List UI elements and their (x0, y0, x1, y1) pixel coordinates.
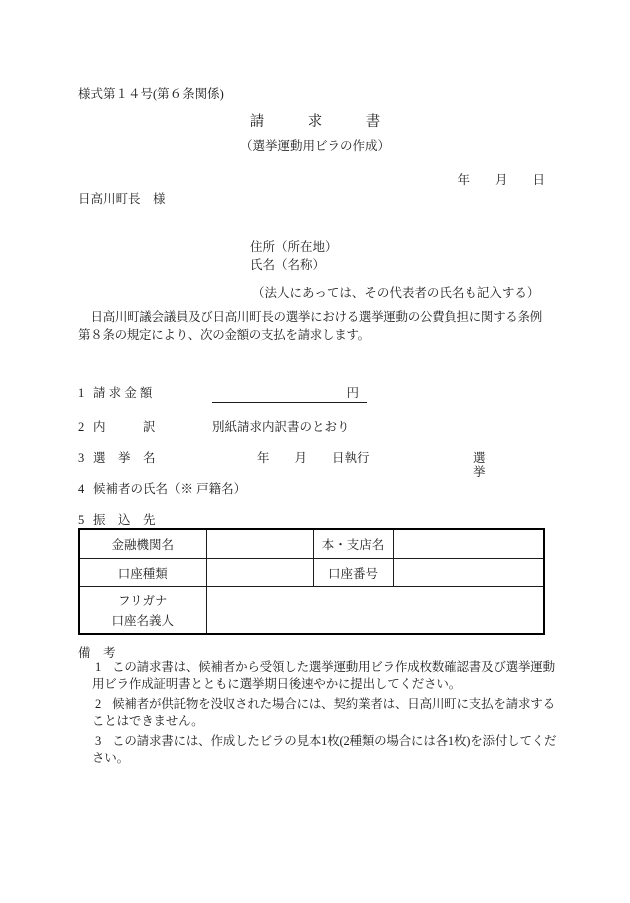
table-row: 金融機関名 本・支店名 (79, 529, 544, 559)
item-number: 4 (78, 482, 93, 496)
account-type-label: 口座種類 (79, 559, 206, 587)
item-row-candidate: 4 候補者の氏名（※ 戸籍名） (78, 482, 370, 496)
account-number-field (393, 559, 544, 587)
date-line: 年 月 日 (0, 170, 545, 188)
branch-field (393, 529, 544, 559)
applicant-name-label: 氏名（名称） (250, 255, 325, 273)
form-number: 様式第１４号(第６条関係) (78, 84, 224, 102)
addressee: 日高川町長 様 (78, 189, 166, 207)
account-number-label: 口座番号 (313, 559, 393, 587)
note-text: この請求書は、候補者から受領した選挙運動用ビラ作成枚数確認書及び選挙運動用ビラ作… (92, 660, 555, 691)
breakdown-value: 別紙請求内訳書のとおり (212, 420, 350, 434)
account-holder-label: 口座名義人 (80, 611, 206, 629)
item-row-amount: 1 請 求 金 額 円 (78, 386, 370, 403)
account-type-field (206, 559, 313, 587)
item-number: 1 (78, 386, 93, 403)
branch-label: 本・支店名 (313, 529, 393, 559)
invoice-form-page: 様式第１４号(第６条関係) 請 求 書 （選挙運動用ビラの作成） 年 月 日 日… (0, 0, 630, 903)
item-row-transfer: 5 振 込 先 (78, 513, 370, 527)
note-number: 2 (95, 697, 101, 711)
request-paragraph: 日高川町議会議員及び日高川町長の選挙における選挙運動の公費負担に関する条例第８条… (78, 309, 550, 344)
bank-transfer-table: 金融機関名 本・支店名 口座種類 口座番号 フリガナ 口座名義人 (78, 528, 545, 635)
note-number: 1 (95, 660, 101, 674)
corporate-note: （法人にあっては、その代表者の氏名も記入する） (252, 283, 539, 301)
item-label: 選 挙 名 (93, 451, 212, 465)
amount-fill-in-blank: 円 (212, 386, 367, 403)
note-item: 2候補者が供託物を没収された場合には、契約業者は、日高川町に支払を請求することは… (92, 696, 558, 729)
note-text: 候補者が供託物を没収された場合には、契約業者は、日高川町に支払を請求することはで… (92, 697, 555, 728)
applicant-address-label: 住所（所在地） (250, 237, 338, 255)
note-text: この請求書には、作成したビラの見本1枚(2種類の場合には各1枚)を添付してくださ… (92, 734, 556, 765)
item-number: 2 (78, 420, 93, 434)
item-row-election: 3 選 挙 名 年 月 日執行 選挙 (78, 451, 370, 465)
item-list: 1 請 求 金 額 円 2 内 訳 別紙請求内訳書のとおり 3 選 挙 名 年 … (78, 386, 370, 527)
item-label: 振 込 先 (93, 513, 212, 527)
table-row: 口座種類 口座番号 (79, 559, 544, 587)
item-label: 請 求 金 額 (93, 386, 212, 403)
note-item: 1この請求書は、候補者から受領した選挙運動用ビラ作成枚数確認書及び選挙運動用ビラ… (92, 659, 558, 692)
election-suffix: 選挙 (473, 451, 486, 479)
page-title: 請 求 書 (0, 110, 630, 131)
item-number: 3 (78, 451, 93, 465)
account-holder-label-cell: フリガナ 口座名義人 (79, 587, 206, 635)
item-label: 内 訳 (93, 420, 212, 434)
bank-name-label: 金融機関名 (79, 529, 206, 559)
election-date-blank: 年 月 日執行 (212, 451, 370, 465)
account-holder-field (206, 587, 544, 635)
bank-name-field (206, 529, 313, 559)
note-item: 3この請求書には、作成したビラの見本1枚(2種類の場合には各1枚)を添付してくだ… (92, 733, 558, 766)
notes-list: 1この請求書は、候補者から受領した選挙運動用ビラ作成枚数確認書及び選挙運動用ビラ… (92, 659, 558, 770)
table-row: フリガナ 口座名義人 (79, 587, 544, 635)
page-subtitle: （選挙運動用ビラの作成） (0, 136, 630, 154)
item-label: 候補者の氏名（※ 戸籍名） (93, 482, 246, 496)
item-number: 5 (78, 513, 93, 527)
furigana-label: フリガナ (80, 591, 206, 609)
item-row-breakdown: 2 内 訳 別紙請求内訳書のとおり (78, 420, 370, 434)
note-number: 3 (95, 734, 101, 748)
